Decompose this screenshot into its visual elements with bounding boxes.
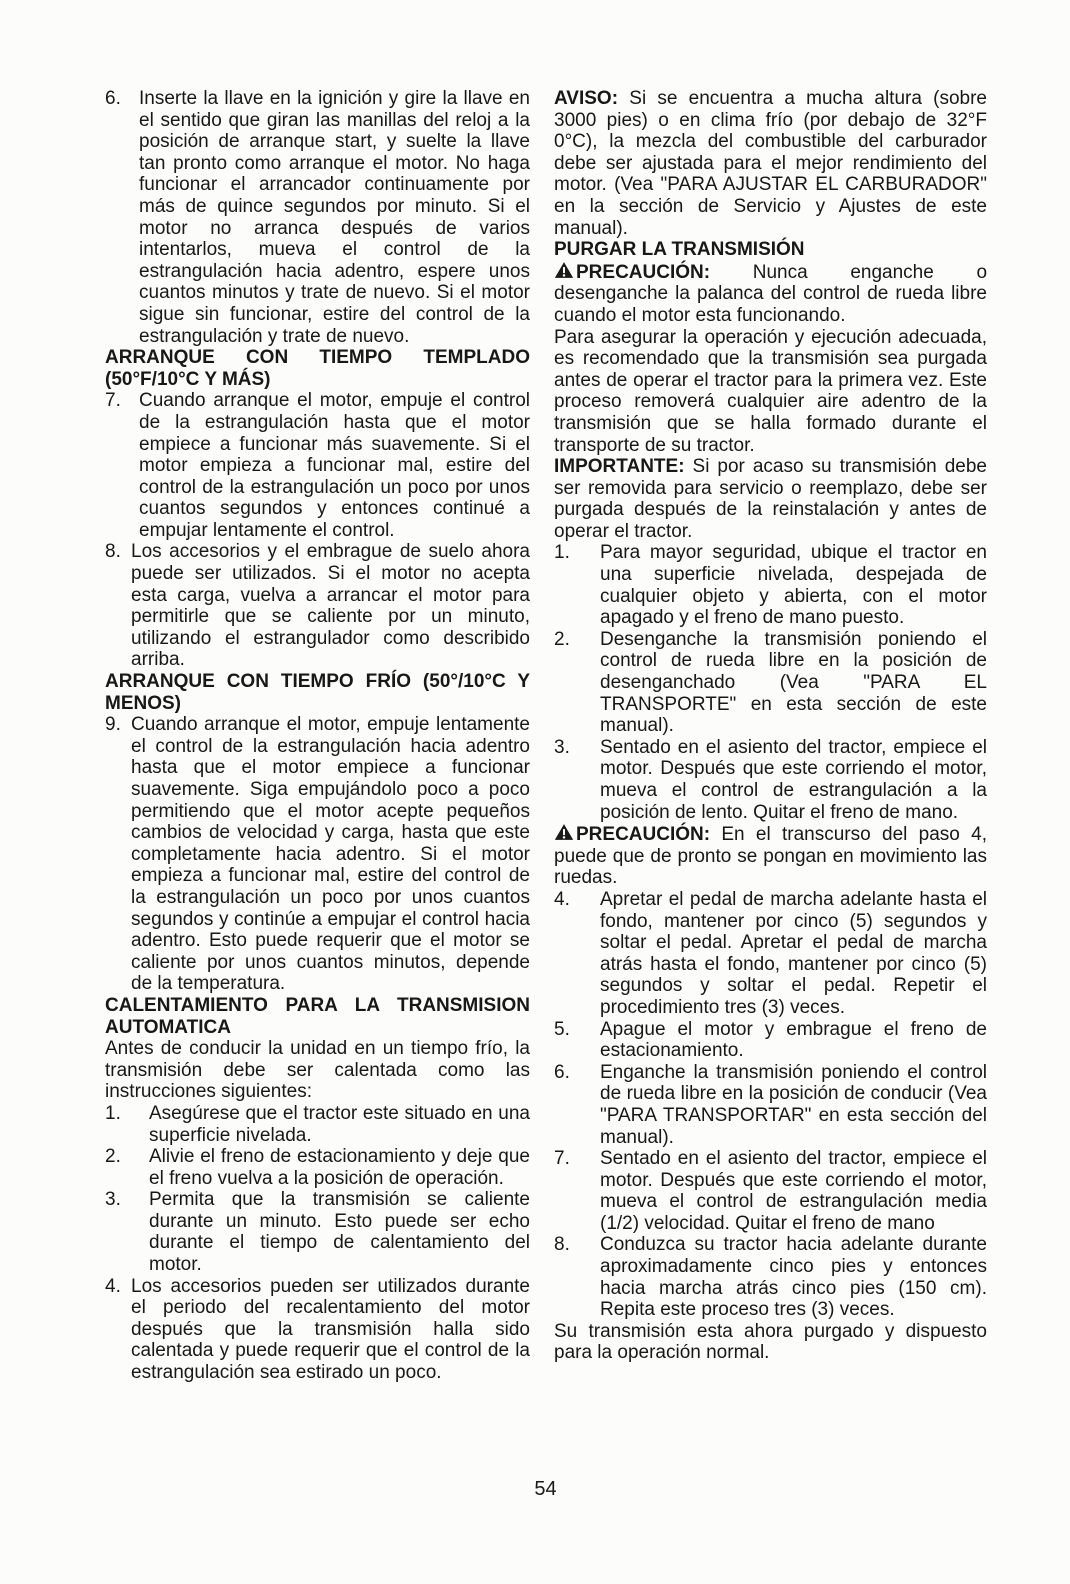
- warning-icon: [554, 823, 574, 841]
- precaucion-label: PRECAUCIÓN:: [576, 824, 710, 845]
- aviso-note: AVISO: Si se encuentra a mucha altura (s…: [554, 88, 987, 239]
- list-number: 2.: [105, 1146, 121, 1168]
- importante-note: IMPORTANTE: Si por acaso su transmisión …: [554, 456, 987, 542]
- heading-calentamiento: CALENTAMIENTO PARA LA TRANSMISION AUTOMA…: [105, 995, 530, 1038]
- list-number: 9.: [105, 714, 121, 736]
- purge-step-3: 3. Sentado en el asiento del tractor, em…: [554, 737, 987, 823]
- warmup-step-1: 1. Asegúrese que el tractor este situado…: [105, 1103, 530, 1146]
- list-item-6: 6. Inserte la llave en la ignición y gir…: [105, 88, 530, 347]
- purge-intro-paragraph: Para asegurar la operación y ejecución a…: [554, 327, 987, 457]
- precaucion-note-1: PRECAUCIÓN: Nunca enganche o desenganche…: [554, 261, 987, 327]
- list-text: Conduzca su tractor hacia adelante duran…: [600, 1234, 987, 1320]
- list-number: 2.: [554, 629, 570, 651]
- manual-page: 6. Inserte la llave en la ignición y gir…: [0, 0, 1070, 1584]
- list-number: 4.: [105, 1276, 121, 1298]
- list-item-9: 9. Cuando arranque el motor, empuje lent…: [105, 714, 530, 995]
- list-text: Cuando arranque el motor, empuje lentame…: [131, 714, 530, 994]
- importante-label: IMPORTANTE:: [554, 456, 685, 477]
- list-text: Inserte la llave en la ignición y gire l…: [139, 88, 530, 347]
- list-number: 1.: [554, 542, 570, 564]
- right-column: AVISO: Si se encuentra a mucha altura (s…: [554, 88, 987, 1384]
- list-text: Alivie el freno de estacionamiento y dej…: [149, 1146, 530, 1189]
- list-number: 6.: [105, 88, 121, 110]
- list-text: Asegúrese que el tractor este situado en…: [149, 1103, 530, 1146]
- list-item-8: 8. Los accesorios y el embrague de suelo…: [105, 541, 530, 671]
- precaucion-label: PRECAUCIÓN:: [576, 262, 710, 283]
- list-text: Para mayor seguridad, ubique el tractor …: [600, 542, 987, 628]
- calentamiento-intro: Antes de conducir la unidad en un tiempo…: [105, 1038, 530, 1103]
- closing-paragraph: Su transmisión esta ahora purgado y disp…: [554, 1321, 987, 1364]
- list-number: 8.: [105, 541, 121, 563]
- two-column-layout: 6. Inserte la llave en la ignición y gir…: [105, 88, 986, 1384]
- warmup-step-4: 4. Los accesorios pueden ser utilizados …: [105, 1276, 530, 1384]
- list-text: Los accesorios y el embrague de suelo ah…: [131, 541, 530, 670]
- purge-step-5: 5. Apague el motor y embrague el freno d…: [554, 1019, 987, 1062]
- heading-purgar-transmision: PURGAR LA TRANSMISIÓN: [554, 239, 987, 261]
- purge-step-2: 2. Desenganche la transmisión poniendo e…: [554, 629, 987, 737]
- aviso-text: Si se encuentra a mucha altura (sobre 30…: [554, 88, 987, 239]
- list-text: Enganche la transmisión poniendo el cont…: [600, 1062, 987, 1148]
- list-number: 3.: [105, 1189, 121, 1211]
- list-number: 6.: [554, 1062, 570, 1084]
- list-text: Los accesorios pueden ser utilizados dur…: [131, 1276, 530, 1383]
- list-text: Permita que la transmisión se caliente d…: [149, 1189, 530, 1275]
- purge-step-7: 7. Sentado en el asiento del tractor, em…: [554, 1148, 987, 1234]
- list-text: Cuando arranque el motor, empuje el cont…: [139, 390, 530, 541]
- left-column: 6. Inserte la llave en la ignición y gir…: [105, 88, 530, 1384]
- list-text: Sentado en el asiento del tractor, empie…: [600, 1148, 987, 1234]
- warning-icon: [554, 261, 574, 279]
- purge-step-1: 1. Para mayor seguridad, ubique el tract…: [554, 542, 987, 628]
- warmup-step-2: 2. Alivie el freno de estacionamiento y …: [105, 1146, 530, 1189]
- page-number: 54: [105, 1478, 986, 1501]
- list-number: 8.: [554, 1234, 570, 1256]
- heading-arranque-templado: ARRANQUE CON TIEMPO TEMPLADO (50°F/10°C …: [105, 347, 530, 390]
- list-number: 5.: [554, 1019, 570, 1041]
- list-text: Apretar el pedal de marcha adelante hast…: [600, 889, 987, 1018]
- list-text: Desenganche la transmisión poniendo el c…: [600, 629, 987, 736]
- precaucion-note-2: PRECAUCIÓN: En el transcurso del paso 4,…: [554, 823, 987, 889]
- list-item-7: 7. Cuando arranque el motor, empuje el c…: [105, 390, 530, 541]
- purge-step-6: 6. Enganche la transmisión poniendo el c…: [554, 1062, 987, 1148]
- purge-step-4: 4. Apretar el pedal de marcha adelante h…: [554, 889, 987, 1019]
- list-number: 1.: [105, 1103, 121, 1125]
- aviso-label: AVISO:: [554, 88, 618, 109]
- list-number: 7.: [105, 390, 121, 412]
- list-number: 7.: [554, 1148, 570, 1170]
- list-text: Sentado en el asiento del tractor, empie…: [600, 737, 987, 823]
- list-text: Apague el motor y embrague el freno de e…: [600, 1019, 987, 1062]
- purge-step-8: 8. Conduzca su tractor hacia adelante du…: [554, 1234, 987, 1320]
- list-number: 3.: [554, 737, 570, 759]
- list-number: 4.: [554, 889, 570, 911]
- heading-arranque-frio: ARRANQUE CON TIEMPO FRÍO (50°/10°C Y MEN…: [105, 671, 530, 714]
- warmup-step-3: 3. Permita que la transmisión se calient…: [105, 1189, 530, 1275]
